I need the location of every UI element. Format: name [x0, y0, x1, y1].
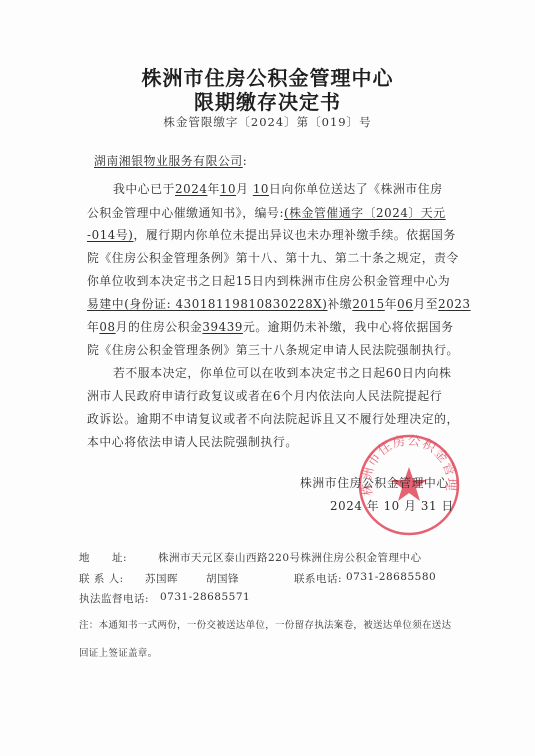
signature-date: 2024 年 10 月 31 日	[330, 497, 454, 514]
doc-title: 限期缴存决定书	[0, 86, 535, 115]
para2-line4: 本中心将依法申请人民法院强制执行。	[87, 433, 298, 450]
para1-line8: 院《住房公积金管理条例》第三十八条规定申请人民法院强制执行。	[87, 341, 459, 358]
notice-number: (株金管催通字〔2024〕天元	[284, 206, 446, 220]
to-month: 08	[99, 320, 115, 334]
contact-label: 联 系 人:	[79, 571, 124, 586]
para1-line6: 易建中(身份证: 43018119810830228X)补缴2015年06月至2…	[87, 295, 471, 312]
supervision-phone: 0731-28685571	[160, 591, 250, 603]
to-year: 2023	[438, 297, 470, 311]
contact-person-1: 苏国晖	[145, 571, 178, 586]
notice-number-cont: -014号)	[87, 228, 134, 242]
supervision-label: 执法监督电话:	[79, 591, 149, 606]
para2-line2: 洲市人民政府申请行政复议或者在6个月内依法向人民法院提起行	[87, 387, 442, 404]
para1-line4: 院《住房公积金管理条例》第十八、第十九、第二十条之规定，责令	[87, 249, 459, 266]
address-value: 株洲市天元区泰山西路220号株洲住房公积金管理中心	[158, 550, 422, 565]
addressee-name: 湖南湘银物业服务有限公司	[94, 154, 243, 168]
notice-day: 10	[253, 182, 269, 196]
para1-line7: 年08月的住房公积金39439元。逾期仍未补缴，我中心将依据国务	[87, 318, 454, 335]
note-line-2: 回证上签证盖章。	[79, 645, 157, 659]
amount: 39439	[202, 320, 243, 334]
para1-line5: 你单位收到本决定书之日起15日内到株洲市住房公积金管理中心为	[87, 272, 450, 289]
doc-number: 株金管限缴字〔2024〕第〔019〕号	[0, 114, 535, 130]
para2-line1: 若不服本决定，你单位可以在收到本决定书之日起60日内向株	[113, 364, 452, 381]
address-label: 地 址:	[79, 550, 127, 565]
note-line-1: 注：本通知书一式两份，一份交被送达单位，一份留存执法案卷，被送达单位须在送达	[79, 617, 451, 631]
para2-line3: 政诉讼。逾期不申请复议或者不向法院起诉且又不履行处理决定的，	[87, 410, 459, 427]
para1-line1: 我中心已于2024年10月 10日向你单位送达了《株洲市住房	[113, 180, 443, 197]
phone-value: 0731-28685580	[346, 571, 436, 583]
para1-line3: -014号)，履行期内你单位未提出异议也未办理补缴手续。依据国务	[87, 226, 456, 243]
phone-label: 联系电话:	[294, 571, 342, 586]
notice-month: 10	[220, 182, 236, 196]
employee-info: 易建中(身份证: 43018119810830228X)	[87, 297, 328, 311]
signature-org: 株洲市住房公积金管理中心	[300, 474, 449, 491]
from-year: 2015	[352, 297, 384, 311]
para1-line2: 公积金管理中心催缴通知书》，编号:(株金管催通字〔2024〕天元	[87, 204, 446, 221]
contact-person-2: 胡国锋	[206, 571, 239, 586]
notice-year: 2024	[175, 182, 207, 196]
from-month: 06	[397, 297, 413, 311]
addressee: 湖南湘银物业服务有限公司:	[94, 152, 247, 169]
